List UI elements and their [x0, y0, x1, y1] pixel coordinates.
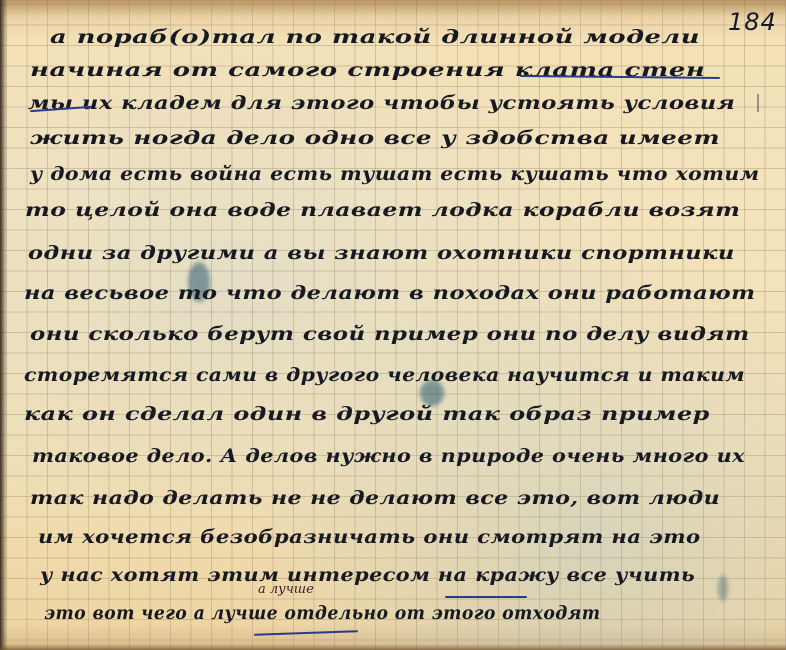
manuscript-line: таковое дело. А делов нужно в природе оч…: [32, 445, 745, 467]
margin-mark: [757, 94, 759, 112]
page-binding-edge: [0, 0, 7, 650]
manuscript-line: то целой она воде плавает лодка корабли …: [25, 199, 740, 221]
page-top-shading: [0, 0, 786, 18]
manuscript-line: сторемятся сами в другого человека научи…: [24, 364, 745, 386]
ink-blot: [718, 575, 728, 601]
manuscript-line: а пораб(о)тал по такой длинной модели: [50, 26, 700, 48]
page-bottom-edge: [0, 644, 786, 650]
manuscript-line: как он сделал один в другой так образ пр…: [24, 403, 710, 425]
manuscript-line: им хочется безобразничать они смотрят на…: [38, 526, 701, 548]
manuscript-page: 184 а пораб(о)тал по такой длинной модел…: [0, 0, 786, 650]
manuscript-line: это вот чего а лучше отдельно от этого о…: [44, 602, 600, 624]
underline-mark: [254, 630, 358, 636]
underline-mark: [445, 596, 527, 598]
manuscript-line: жить ногда дело одно все у здобства имее…: [30, 127, 720, 149]
manuscript-line: они сколько берут свой пример они по дел…: [30, 323, 750, 345]
manuscript-line: мы их кладем для этого чтобы устоять усл…: [28, 92, 735, 114]
interlinear-insertion: а лучше: [258, 582, 314, 597]
page-number: 184: [728, 8, 777, 36]
manuscript-line: одни за другими а вы знают охотники спор…: [28, 242, 735, 264]
manuscript-line: у нас хотят этим интересом на кражу все …: [40, 564, 695, 586]
manuscript-line: на весьвое то что делают в походах они р…: [24, 282, 755, 304]
manuscript-line: у дома есть война есть тушат есть кушать…: [30, 163, 760, 185]
manuscript-line: так надо делать не не делают все это, во…: [30, 487, 720, 509]
